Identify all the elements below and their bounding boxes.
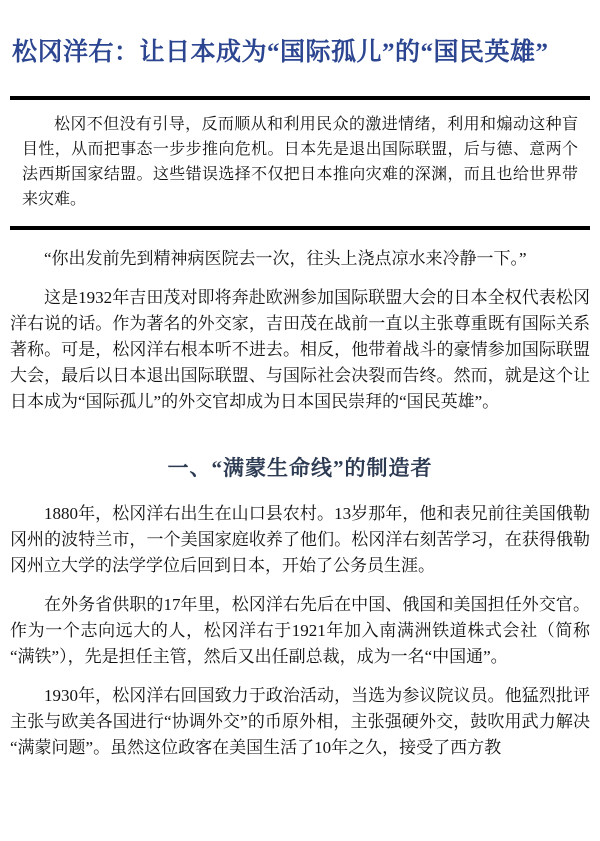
- body-paragraph-3: 1930年，松冈洋右回国致力于政治活动，当选为参议院议员。他猛烈批评主张与欧美各…: [8, 683, 592, 761]
- abstract-paragraph: 松冈不但没有引导，反而顺从和利用民众的激进情绪，利用和煽动这种盲目性，从而把事态…: [8, 100, 592, 226]
- page-title: 松冈洋右：让日本成为“国际孤儿”的“国民英雄”: [12, 36, 588, 70]
- document-page: 松冈洋右：让日本成为“国际孤儿”的“国民英雄” 松冈不但没有引导，反而顺从和利用…: [0, 0, 600, 841]
- horizontal-rule-bottom: [10, 226, 590, 230]
- lead-paragraph: 这是1932年吉田茂对即将奔赴欧洲参加国际联盟大会的日本全权代表松冈洋右说的话。…: [8, 285, 592, 415]
- quote-line: “你出发前先到精神病医院去一次，往头上浇点凉水来冷静一下。”: [8, 246, 592, 272]
- section-heading: 一、“满蒙生命线”的制造者: [8, 453, 592, 483]
- body-paragraph-2: 在外务省供职的17年里，松冈洋右先后在中国、俄国和美国担任外交官。作为一个志向远…: [8, 592, 592, 670]
- body-paragraph-1: 1880年，松冈洋右出生在山口县农村。13岁那年，他和表兄前往美国俄勒冈州的波特…: [8, 501, 592, 579]
